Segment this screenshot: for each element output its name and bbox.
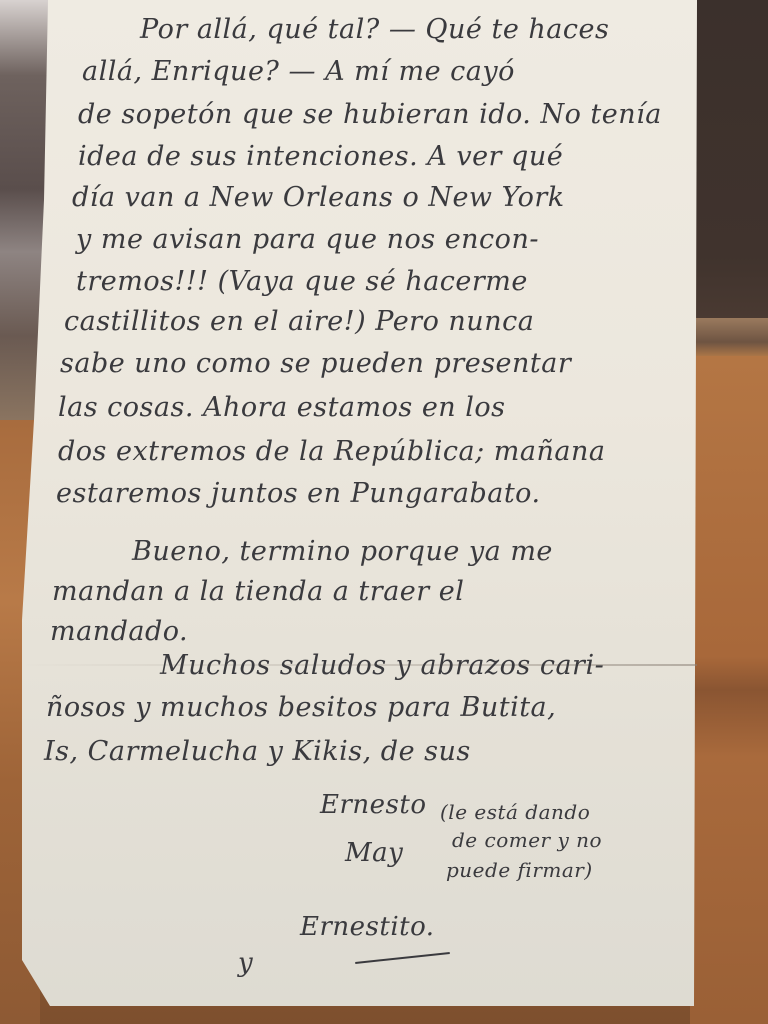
signature-conjunction: y	[238, 948, 253, 978]
letter-line: día van a New Orleans o New York	[72, 182, 565, 213]
signature-underline	[355, 952, 450, 964]
letter-line: mandan a la tienda a traer el	[52, 576, 464, 607]
letter-line: tremos!!! (Vaya que sé hacerme	[76, 266, 528, 297]
signature-note-line: de comer y no	[452, 828, 602, 852]
letter-line: Muchos saludos y abrazos cari-	[160, 650, 604, 681]
letter-line: las cosas. Ahora estamos en los	[58, 392, 506, 423]
letter-line: castillitos en el aire!) Pero nunca	[64, 306, 534, 337]
letter-line: Bueno, termino porque ya me	[132, 536, 553, 567]
letter-line: Is, Carmelucha y Kikis, de sus	[44, 736, 471, 767]
letter-line: ñosos y muchos besitos para Butita,	[46, 692, 556, 723]
letter-line: estaremos juntos en Pungarabato.	[56, 478, 541, 509]
letter-line: allá, Enrique? — A mí me cayó	[82, 56, 515, 87]
letter-line: y me avisan para que nos encon-	[76, 224, 539, 255]
signature-note-line: (le está dando	[440, 800, 590, 824]
letter-line: de sopetón que se hubieran ido. No tenía	[78, 99, 662, 130]
letter-line: sabe uno como se pueden presentar	[60, 348, 571, 379]
signature-may: May	[345, 838, 403, 868]
letter-line: mandado.	[50, 616, 188, 647]
letter-line: Por allá, qué tal? — Qué te haces	[140, 14, 609, 45]
signature-note-line: puede firmar)	[446, 858, 593, 882]
letter-line: idea de sus intenciones. A ver qué	[78, 141, 563, 172]
letter-line: dos extremos de la República; mañana	[58, 436, 605, 467]
signature-ernesto: Ernesto	[320, 790, 426, 820]
signature-ernestito: Ernestito.	[300, 912, 435, 942]
handwritten-letter: Por allá, qué tal? — Qué te haces allá, …	[0, 0, 768, 1024]
